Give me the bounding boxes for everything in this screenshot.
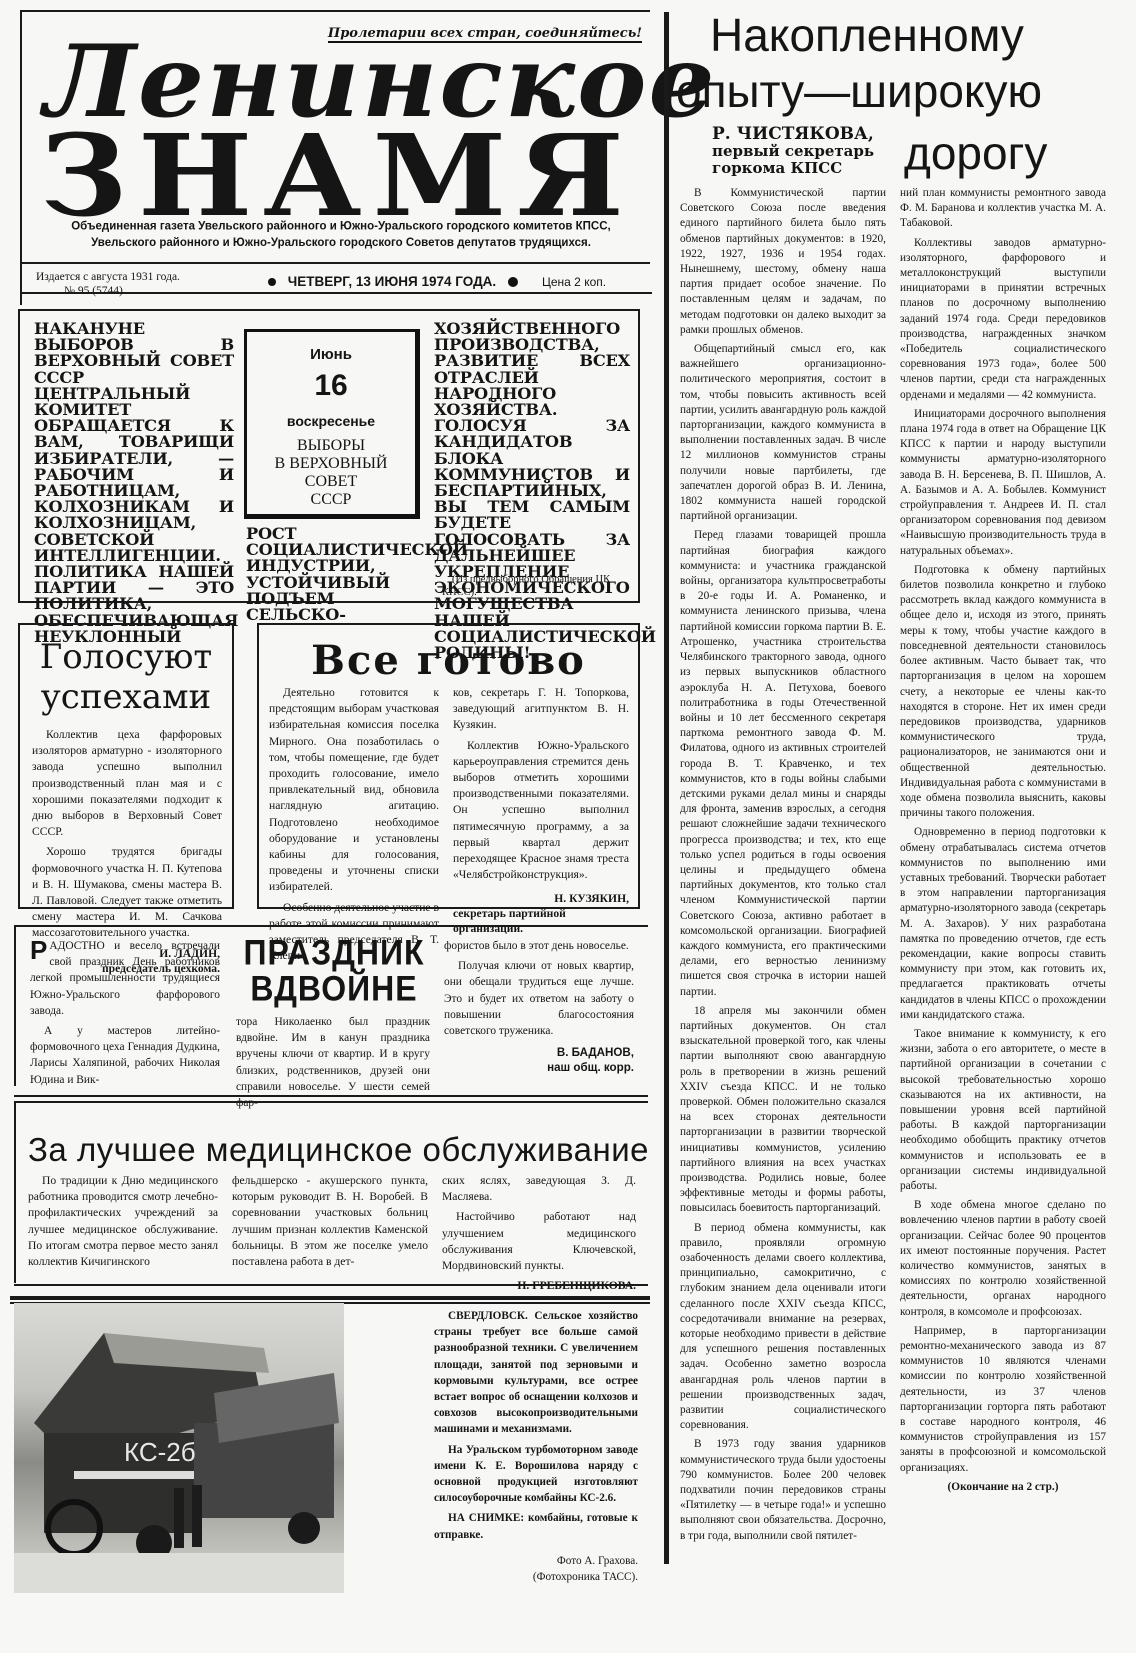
article-title: Все готово bbox=[259, 637, 638, 684]
paragraph: Такое внимание к коммунисту, к его жизни… bbox=[900, 1027, 1106, 1194]
price: Цена 2 коп. bbox=[542, 275, 606, 289]
appeal-column-2: РОСТ СОЦИАЛИСТИЧЕСКОЙ ИНДУСТРИИ, УСТОЙЧИ… bbox=[246, 526, 422, 623]
photo-story-text: СВЕРДЛОВСК. Сельское хозяйство страны тр… bbox=[434, 1308, 638, 1585]
paragraph: В 1973 году звания ударников коммунистич… bbox=[680, 1437, 886, 1543]
title-line: Голосуют bbox=[20, 637, 232, 677]
divider bbox=[14, 1095, 648, 1097]
author-block: Р. ЧИСТЯКОВА, первый секретарь горкома К… bbox=[712, 126, 874, 177]
article-column-2: ков, секретарь Г. Н. Топоркова, заведующ… bbox=[453, 685, 629, 936]
paragraph: Одновременно в период подготовки к обмен… bbox=[900, 825, 1106, 1023]
paragraph: фельдшерско - акушерского пункта, которы… bbox=[232, 1173, 428, 1270]
article-golosuyut: Голосуют успехами Коллектив цеха фарфоро… bbox=[18, 623, 234, 909]
paragraph: В период обмена коммунисты, как правило,… bbox=[680, 1221, 886, 1434]
author-name: Н. КУЗЯКИН, bbox=[453, 891, 629, 906]
paragraph: Коллектив цеха фарфоровых изоляторов арм… bbox=[32, 727, 222, 840]
title-line: успехами bbox=[20, 677, 232, 717]
harvester-illustration: КС-2б bbox=[14, 1303, 344, 1593]
paragraph: Деятельно готовится к предстоящим выбора… bbox=[269, 685, 439, 896]
title-line: ВДВОЙНЕ bbox=[234, 971, 434, 1007]
author-name: Р. ЧИСТЯКОВА, bbox=[712, 126, 874, 143]
title-line: ПРАЗДНИК bbox=[234, 935, 434, 971]
calendar-month: Июнь bbox=[247, 346, 415, 363]
article-title-line: Накопленному bbox=[676, 8, 1132, 62]
issue-number: № 95 (5744) bbox=[36, 284, 180, 298]
author-role: горкома КПСС bbox=[712, 160, 874, 177]
published-since: Издается с августа 1931 года. bbox=[36, 270, 180, 284]
divider bbox=[20, 292, 652, 294]
paragraph: Получая ключи от новых квартир, они обещ… bbox=[444, 958, 634, 1039]
continued-note: (Окончание на 2 стр.) bbox=[900, 1480, 1106, 1495]
drop-cap: Р bbox=[30, 940, 47, 960]
article-title-line: опыту—широкую bbox=[676, 64, 1132, 118]
photo-credit: Фото А. Грахова. (Фотохроника ТАСС). bbox=[434, 1553, 638, 1585]
issue-date: ЧЕТВЕРГ, 13 ИЮНЯ 1974 ГОДА. bbox=[288, 274, 496, 289]
credit-line: (Фотохроника ТАСС). bbox=[434, 1569, 638, 1585]
paragraph: Например, в парторганизации ремонтно-мех… bbox=[900, 1324, 1106, 1476]
paragraph: РАДОСТНО и весело встречали свой праздни… bbox=[30, 938, 220, 1019]
paragraph: НА СНИМКЕ: комбайны, готовые к отправке. bbox=[434, 1510, 638, 1542]
newspaper-title-block: ЗНАМЯ bbox=[40, 122, 635, 232]
divider bbox=[10, 1296, 650, 1300]
paragraph: Подготовка к обмену партийных билетов по… bbox=[900, 563, 1106, 821]
calendar-event-line: СССР bbox=[247, 491, 415, 509]
article-vse-gotovo: Все готово Деятельно готовится к предсто… bbox=[257, 623, 640, 909]
paragraph: На Уральском турбомоторном заводе имени … bbox=[434, 1442, 638, 1507]
subtitle-line: Увельского районного и Южно-Уральского г… bbox=[32, 235, 650, 251]
article-column-3: фористов было в этот день новоселье. Пол… bbox=[444, 938, 634, 1075]
bullet-icon bbox=[508, 277, 518, 287]
photo-label: КС-2б bbox=[124, 1437, 196, 1467]
calendar-event: ВЫБОРЫ В ВЕРХОВНЫЙ СОВЕТ СССР bbox=[247, 437, 415, 509]
paragraph-text: АДОСТНО и весело встречали свой праздник… bbox=[30, 940, 220, 1017]
author-name: В. БАДАНОВ, bbox=[444, 1045, 634, 1060]
election-calendar: Июнь 16 воскресенье ВЫБОРЫ В ВЕРХОВНЫЙ С… bbox=[244, 329, 420, 519]
author-title: наш общ. корр. bbox=[444, 1060, 634, 1075]
paragraph: В Коммунистической партии Советского Сою… bbox=[680, 186, 886, 338]
lead-article: Накопленному опыту—широкую Р. ЧИСТЯКОВА,… bbox=[676, 8, 1132, 118]
paragraph: Настойчиво работают над улучшением медиц… bbox=[442, 1209, 636, 1274]
article-title-line: дорогу bbox=[904, 126, 1047, 180]
paragraph: Инициаторами досрочного выполнения плана… bbox=[900, 407, 1106, 559]
calendar-weekday: воскресенье bbox=[247, 413, 415, 429]
article-title: Голосуют успехами bbox=[20, 637, 232, 717]
paragraph: фористов было в этот день новоселье. bbox=[444, 938, 634, 954]
appeal-column-1: НАКАНУНЕ ВЫБОРОВ В ВЕРХОВНЫЙ СОВЕТ СССР … bbox=[34, 321, 234, 597]
article-column-1: По традиции к Дню медицинского работника… bbox=[28, 1173, 218, 1274]
divider bbox=[14, 1284, 648, 1286]
bullet-icon bbox=[268, 278, 276, 286]
article-column-1: РАДОСТНО и весело встречали свой праздни… bbox=[30, 938, 220, 1092]
article-prazdnik: РАДОСТНО и весело встречали свой праздни… bbox=[14, 926, 644, 1091]
calendar-event-line: ВЫБОРЫ bbox=[247, 437, 415, 455]
paragraph: Коллективы заводов арматурно-изоляторног… bbox=[900, 236, 1106, 403]
article-title: За лучшее медицинское обслуживание bbox=[28, 1131, 649, 1169]
calendar-day: 16 bbox=[247, 369, 415, 403]
paragraph: ний план коммунисты ремонтного завода Ф.… bbox=[900, 186, 1106, 232]
paragraph: Коллектив Южно-Уральского карьероуправле… bbox=[453, 738, 629, 884]
credit-line: Фото А. Грахова. bbox=[434, 1553, 638, 1569]
lead-article-column-2: ний план коммунисты ремонтного завода Ф.… bbox=[900, 186, 1106, 1495]
calendar-event-line: СОВЕТ bbox=[247, 473, 415, 491]
combine-harvester-photo: КС-2б bbox=[14, 1303, 344, 1593]
paragraph: Перед глазами товарищей прошла партийная… bbox=[680, 528, 886, 999]
paragraph: По традиции к Дню медицинского работника… bbox=[28, 1173, 218, 1270]
article-title: ПРАЗДНИК ВДВОЙНЕ bbox=[234, 935, 434, 1008]
appeal-column-3: ХОЗЯЙСТВЕННОГО ПРОИЗВОДСТВА, РАЗВИТИЕ ВС… bbox=[434, 321, 630, 661]
article-column-3: ских яслях, заведующая З. Д. Масляева. Н… bbox=[442, 1173, 636, 1293]
paragraph: Общепартийный смысл его, как важнейшего … bbox=[680, 342, 886, 524]
paragraph: А у мастеров литейно-формовочного цеха Г… bbox=[30, 1023, 220, 1088]
divider bbox=[22, 262, 650, 264]
subtitle-line: Объединенная газета Увельского районного… bbox=[32, 219, 650, 235]
paragraph: 18 апреля мы закончили обмен партийных д… bbox=[680, 1004, 886, 1217]
paragraph: В ходе обмена многое сделано по вовлечен… bbox=[900, 1198, 1106, 1320]
lead-article-column-1: В Коммунистической партии Советского Сою… bbox=[680, 186, 886, 1548]
article-body: Коллектив цеха фарфоровых изоляторов арм… bbox=[20, 717, 232, 942]
appeal-source: (Из предвыборного Обращения ЦК КПСС). bbox=[442, 573, 632, 599]
masthead-subtitle: Объединенная газета Увельского районного… bbox=[32, 219, 650, 251]
paragraph: ских яслях, заведующая З. Д. Масляева. bbox=[442, 1173, 636, 1205]
article-column-2: фельдшерско - акушерского пункта, которы… bbox=[232, 1173, 428, 1274]
dateline: ЧЕТВЕРГ, 13 ИЮНЯ 1974 ГОДА. bbox=[260, 274, 526, 289]
paragraph: СВЕРДЛОВСК. Сельское хозяйство страны тр… bbox=[434, 1308, 638, 1438]
calendar-event-line: В ВЕРХОВНЫЙ bbox=[247, 455, 415, 473]
article-medicine: За лучшее медицинское обслуживание По тр… bbox=[14, 1103, 648, 1283]
byline: В. БАДАНОВ, наш общ. корр. bbox=[444, 1045, 634, 1075]
election-appeal: НАКАНУНЕ ВЫБОРОВ В ВЕРХОВНЫЙ СОВЕТ СССР … bbox=[18, 309, 640, 603]
masthead: Пролетарии всех стран, соединяйтесь! Лен… bbox=[20, 10, 650, 305]
author-role: первый секретарь bbox=[712, 143, 874, 160]
paragraph: ков, секретарь Г. Н. Топоркова, заведующ… bbox=[453, 685, 629, 734]
column-divider bbox=[664, 12, 669, 1564]
